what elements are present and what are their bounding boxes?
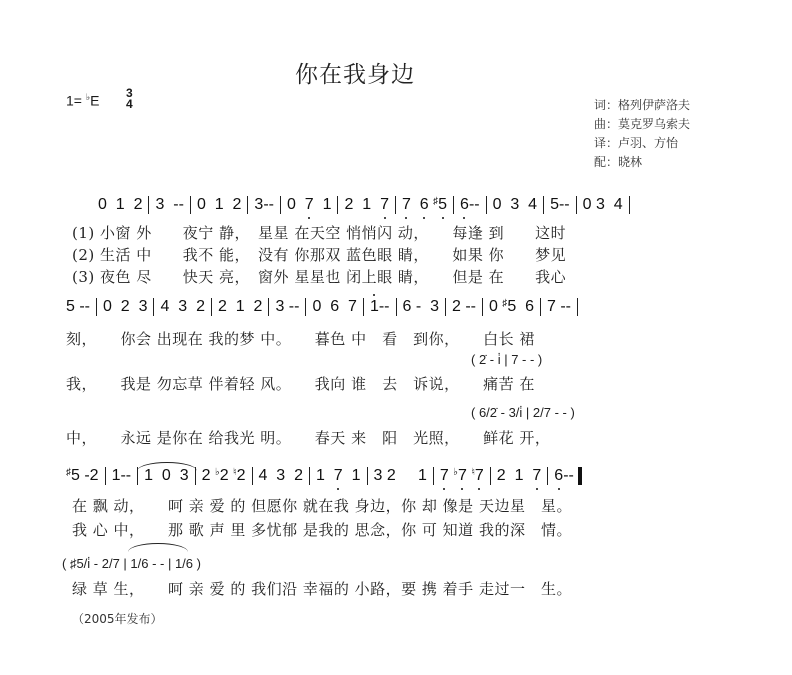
notation-line: ♯5 -2 1-- 1 0 3 2 ♭2 ♮2 4 3 2 1 7 1 3 2 … — [66, 467, 582, 485]
credit-composer: 曲：莫克罗乌索夫 — [594, 115, 690, 134]
bar-line — [252, 467, 253, 485]
bar-line — [268, 298, 269, 316]
key-note: E — [90, 93, 99, 109]
system-1-lyric-verse-3: (3) 夜色 尽 快天 亮， 窗外 星星也 闭上眼 睛， 但是 在 我心 — [72, 266, 566, 287]
system-1-notes: 0 1 2 3 -- 0 1 2 3-- 0 7 1 2 1 7 7 6 ♯5 … — [98, 196, 636, 214]
bar-line — [137, 467, 138, 485]
bar-line — [190, 196, 191, 214]
bar-line — [482, 298, 483, 316]
bar-line — [577, 298, 578, 316]
time-signature: 3 4 — [126, 88, 133, 110]
tie-arc — [128, 543, 188, 552]
bar-line — [309, 467, 310, 485]
bar-line — [195, 467, 196, 485]
system-3-lyric-verse-2: 我 心 中， 那 歌 声 里 多忧郁 是我的 思念，你 可 知道 我的深 情。 — [72, 519, 572, 540]
final-bar-line — [578, 467, 582, 485]
bar-line — [211, 298, 212, 316]
system-2-lyric-verse-1: 刻， 你会 出现在 我的梦 中。 暮色 中 看 到你， 白长 裙 — [66, 328, 535, 349]
bar-line — [396, 298, 397, 316]
system-2-notes: 5 -- 0 2 3 4 3 2 2 1 2 3 -- 0 6 7 1-- 6 … — [66, 298, 584, 316]
song-title: 你在我身边 — [295, 56, 415, 89]
bar-line — [543, 196, 544, 214]
bar-line — [247, 196, 248, 214]
bar-line — [547, 467, 548, 485]
bar-line — [433, 467, 434, 485]
system-2-lyric-verse-2: 我， 我是 勿忘草 伴着轻 风。 我向 谁 去 诉说， 痛苦 在 — [66, 373, 535, 394]
bar-line — [153, 298, 154, 316]
system-2-variant-2: ( 6/2̇ - 3/i̇ | 2/7 - - ) — [471, 405, 575, 420]
credit-lyricist: 词：格列伊萨洛夫 — [594, 96, 690, 115]
bar-line — [148, 196, 149, 214]
bar-line — [445, 298, 446, 316]
publication-note: （2005年发布） — [72, 610, 163, 627]
notation-line: 0 1 2 3 -- 0 1 2 3-- 0 7 1 2 1 7 7 6 ♯5 … — [98, 196, 636, 214]
bar-line — [105, 467, 106, 485]
bar-line — [629, 196, 630, 214]
system-3-notes: ♯5 -2 1-- 1 0 3 2 ♭2 ♮2 4 3 2 1 7 1 3 2 … — [66, 467, 582, 485]
bar-line — [490, 467, 491, 485]
bar-line — [96, 298, 97, 316]
bar-line — [576, 196, 577, 214]
credits: 词：格列伊萨洛夫 曲：莫克罗乌索夫 译：卢羽、方怡 配：晓林 — [594, 96, 690, 172]
bar-line — [305, 298, 306, 316]
bar-line — [367, 467, 368, 485]
key-signature: 1= ♭E — [66, 92, 99, 109]
system-1-lyric-verse-2: (2) 生活 中 我不 能， 没有 你那双 蓝色眼 睛， 如果 你 梦见 — [72, 244, 566, 265]
notation-line: 5 -- 0 2 3 4 3 2 2 1 2 3 -- 0 6 7 1-- 6 … — [66, 298, 584, 316]
bar-line — [453, 196, 454, 214]
system-3-lyric-verse-1: 在 飘 动， 呵 亲 爱 的 但愿你 就在我 身边，你 却 像是 天边星 星。 — [72, 495, 572, 516]
system-3-lyric-verse-3: 绿 草 生， 呵 亲 爱 的 我们沿 幸福的 小路，要 携 着手 走过一 生。 — [72, 578, 572, 599]
credit-translator: 译：卢羽、方怡 — [594, 134, 690, 153]
time-signature-bottom: 4 — [126, 99, 133, 110]
system-1-lyric-verse-1: (1) 小窗 外 夜宁 静， 星星 在天空 悄悄闪 动， 每逢 到 这时 — [72, 222, 566, 243]
system-2-lyric-verse-3: 中， 永远 是你在 给我光 明。 春天 来 阳 光照， 鲜花 开， — [66, 427, 550, 448]
bar-line — [280, 196, 281, 214]
bar-line — [395, 196, 396, 214]
key-prefix: 1= — [66, 93, 82, 109]
credit-arranger: 配：晓林 — [594, 153, 690, 172]
bar-line — [337, 196, 338, 214]
bar-line — [540, 298, 541, 316]
system-2-variant-1: ( 2̇ - i̇ | 7 - - ) — [471, 352, 542, 367]
bar-line — [363, 298, 364, 316]
system-3-variant: ( ♯5/i̇ - 2/7 | 1/6 - - | 1/6 ) — [62, 556, 201, 571]
bar-line — [486, 196, 487, 214]
